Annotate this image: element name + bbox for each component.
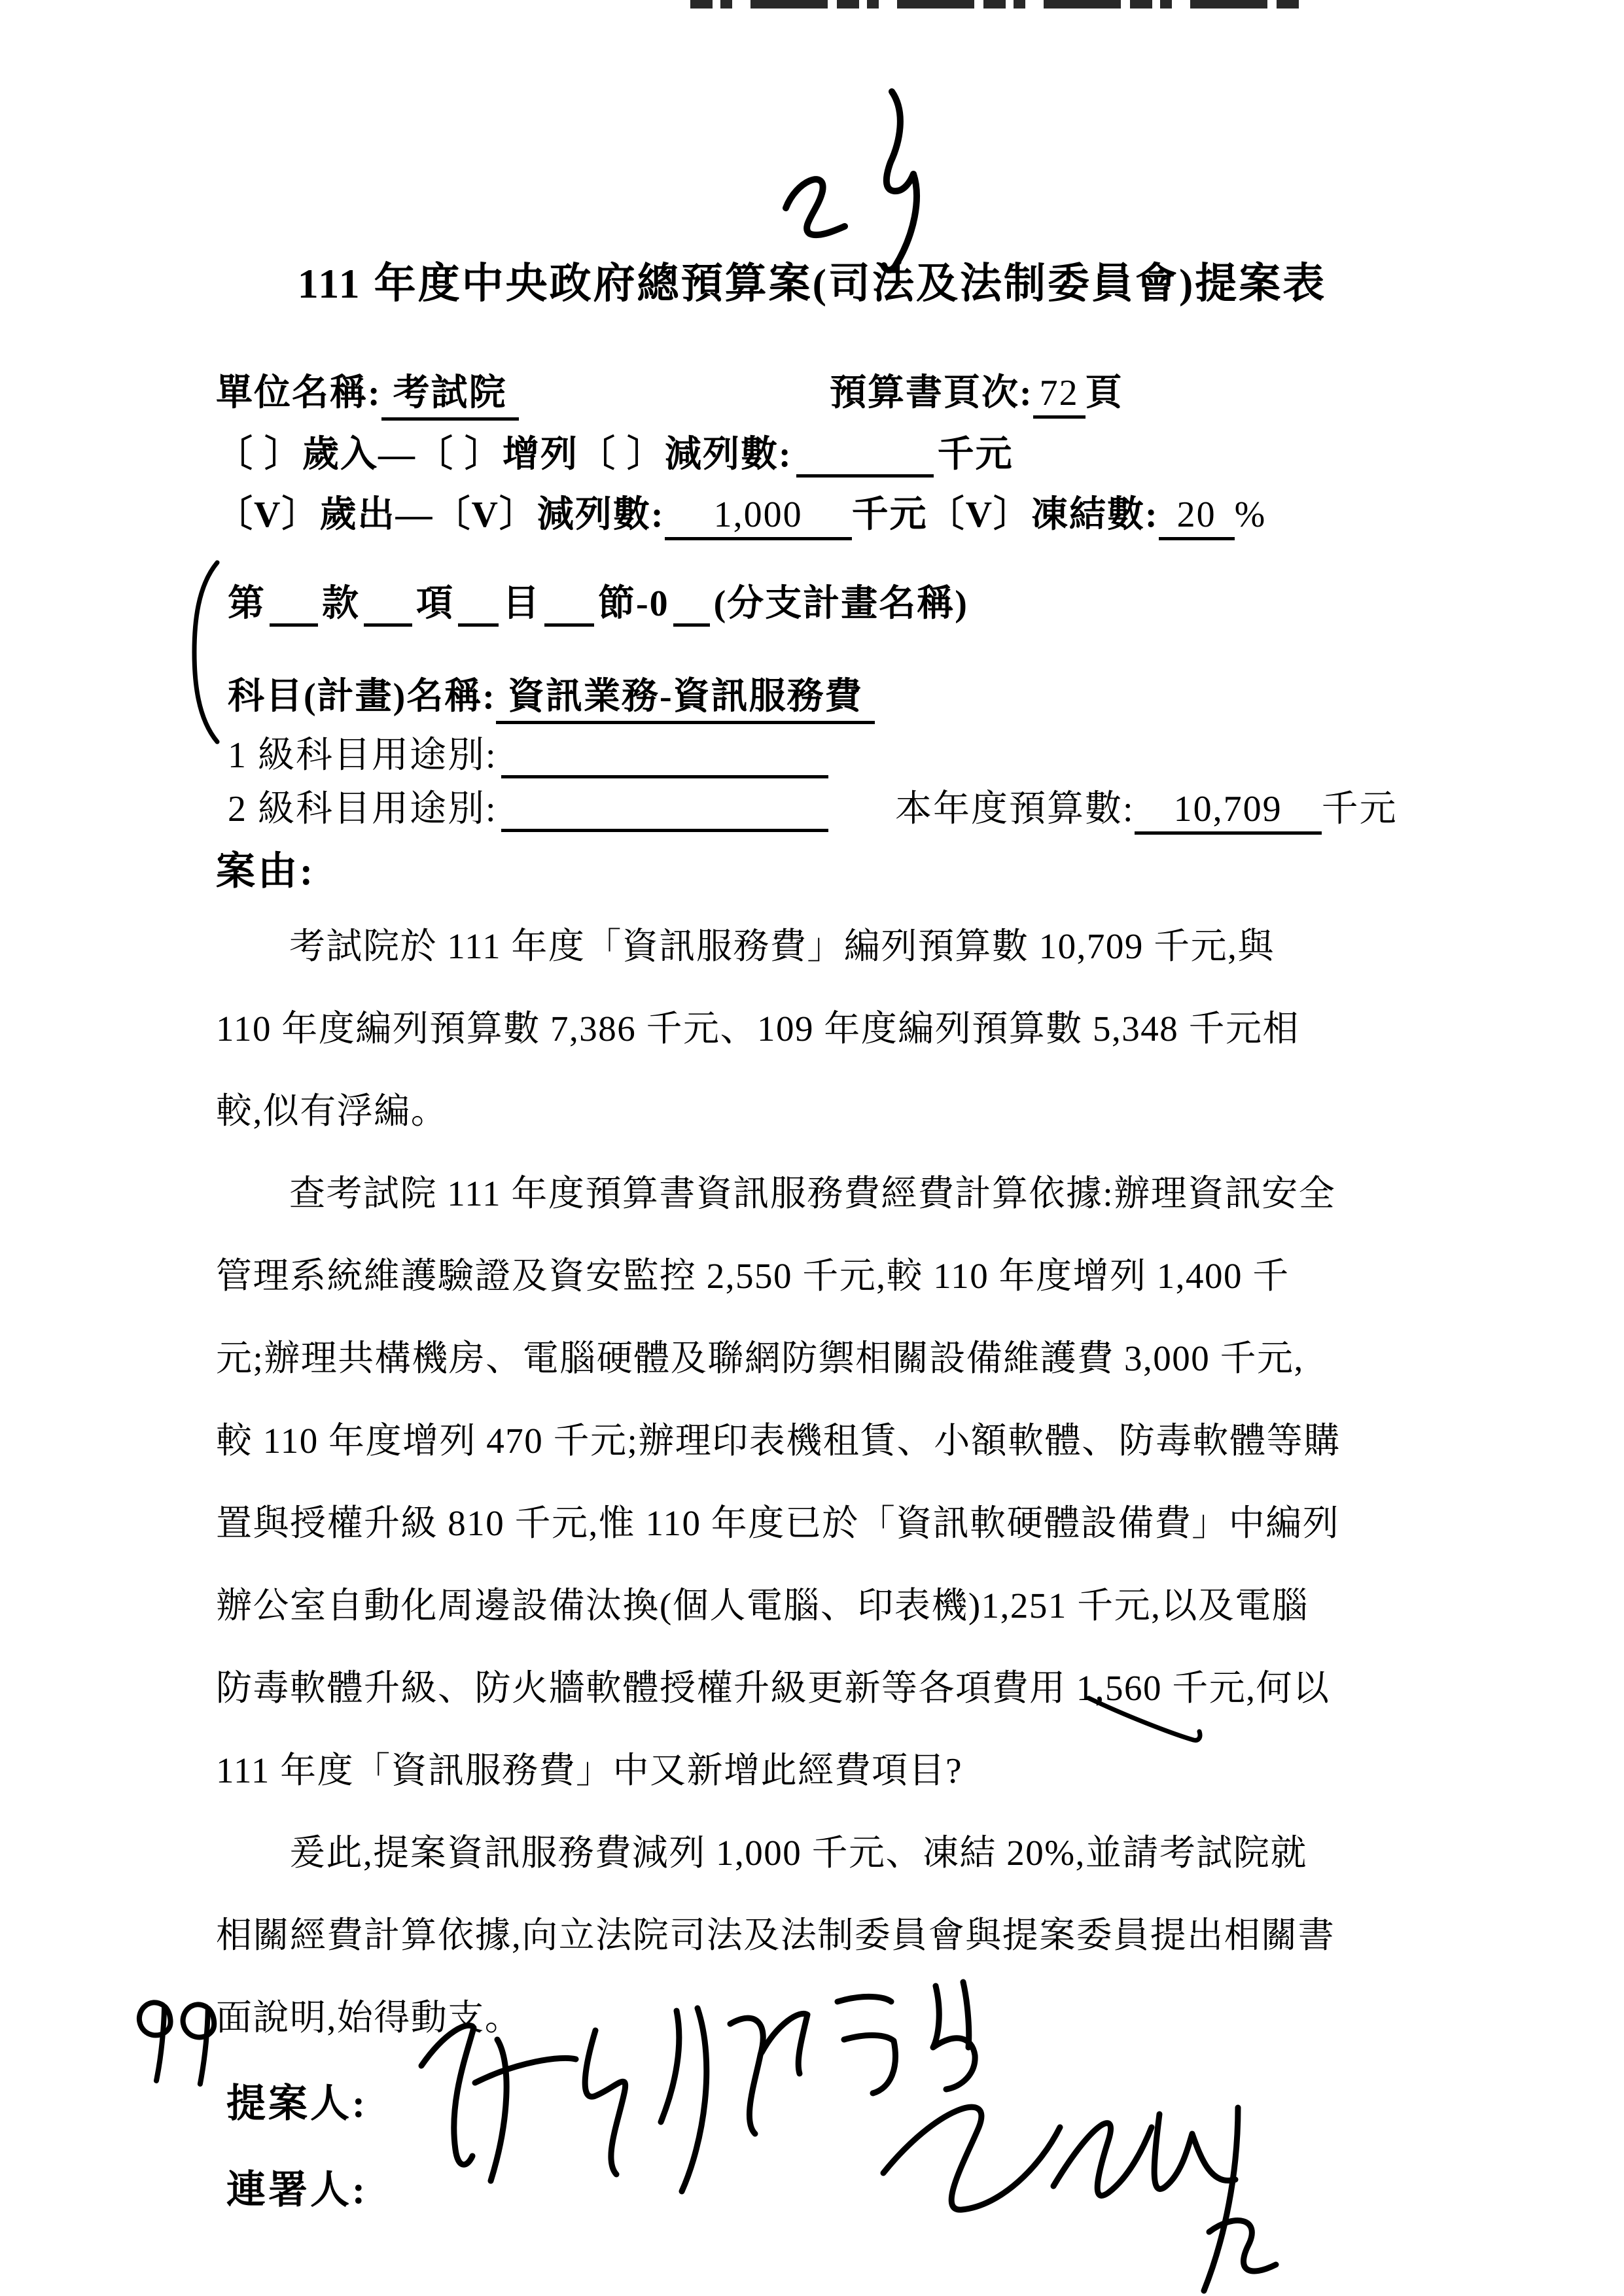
item-part-4: 目 (503, 583, 540, 624)
freeze-percent-sign: % (1235, 495, 1267, 535)
level1-blank (501, 739, 828, 778)
budget-page-suffix: 頁 (1086, 373, 1123, 413)
revenue-row: 〔 〕歲入—〔 〕增列〔 〕減列數:千元 (216, 425, 1014, 478)
annual-budget-label: 本年度預算數: (895, 789, 1135, 829)
item-part-2: 款 (322, 583, 360, 624)
budget-page-label: 預算書頁次: (830, 373, 1033, 413)
body-line: 防毒軟體升級、防火牆軟體授權升級更新等各項費用 1,560 千元,何以 (216, 1659, 1459, 1711)
freeze-label: 凍結數: (1031, 495, 1159, 535)
body-line: 元;辦理共構機房、電腦硬體及聯網防禦相關設備維護費 3,000 千元, (216, 1329, 1459, 1381)
expenditure-amount-value: 1,000 (665, 494, 852, 540)
unit-name-label: 單位名稱: (216, 373, 381, 413)
annual-budget-row: 本年度預算數:10,709千元 (895, 780, 1398, 835)
scanned-document-page: 111 年度中央政府總預算案(司法及法制委員會)提案表 單位名稱:考試院 預算書… (0, 0, 1624, 2296)
expenditure-label-1: 歲出— (319, 495, 433, 535)
subject-row: 科目(計畫)名稱:資訊業務-資訊服務費 (228, 667, 875, 724)
item-blank-5 (673, 587, 710, 627)
body-line: 查考試院 111 年度預算書資訊服務費經費計算依據:辦理資訊安全 (216, 1164, 1532, 1216)
item-blank-1 (270, 587, 318, 627)
item-blank-2 (364, 587, 412, 627)
document-title: 111 年度中央政府總預算案(司法及法制委員會)提案表 (0, 250, 1624, 310)
cosigner-signature (843, 2080, 1294, 2296)
revenue-checkbox-2: 〔 〕 (416, 434, 503, 475)
item-blank-4 (544, 587, 594, 627)
scan-artifact-top (690, 0, 1299, 9)
item-part-1: 第 (228, 583, 266, 624)
level1-row: 1 級科目用途別: (228, 726, 832, 778)
body-line: 爰此,提案資訊服務費減列 1,000 千元、凍結 20%,並請考試院就 (216, 1824, 1532, 1875)
revenue-label-3: 減列數: (665, 434, 792, 475)
left-bracket (186, 557, 224, 747)
body-line: 置與授權升級 810 千元,惟 110 年度已於「資訊軟硬體設備費」中編列 (216, 1494, 1459, 1546)
revenue-label-1: 歲入— (302, 434, 416, 475)
subject-label: 科目(計畫)名稱: (228, 676, 496, 717)
unit-name-value: 考試院 (381, 364, 519, 421)
cosigner-label: 連署人: (226, 2159, 368, 2215)
level2-label: 2 級科目用途別: (228, 789, 497, 829)
item-blank-3 (458, 587, 499, 627)
body-line: 考試院於 111 年度「資訊服務費」編列預算數 10,709 千元,與 (216, 917, 1532, 969)
revenue-checkbox-3: 〔 〕 (578, 434, 665, 475)
revenue-amount-blank (796, 438, 934, 478)
freeze-percent-value: 20 (1159, 494, 1235, 540)
revenue-label-2: 增列 (503, 434, 578, 475)
handwritten-page-number (723, 72, 1011, 275)
body-line: 較,似有浮編。 (216, 1082, 1459, 1134)
expenditure-checkbox-2: 〔V〕 (433, 495, 537, 535)
subject-value: 資訊業務-資訊服務費 (496, 667, 875, 724)
annual-budget-unit: 千元 (1322, 789, 1398, 829)
expenditure-label-2: 減列數: (537, 495, 665, 535)
body-line: 111 年度「資訊服務費」中又新增此經費項目? (216, 1741, 1459, 1793)
body-line: 管理系統維護驗證及資安監控 2,550 千元,較 110 年度增列 1,400 … (216, 1247, 1459, 1298)
expenditure-unit: 千元 (852, 495, 928, 535)
expenditure-row: 〔V〕歲出—〔V〕減列數:1,000千元〔V〕凍結數:20% (216, 485, 1266, 540)
expenditure-checkbox-3: 〔V〕 (928, 495, 1031, 535)
level1-label: 1 級科目用途別: (228, 735, 497, 776)
body-line: 較 110 年度增列 470 千元;辦理印表機租賃、小額軟體、防毒軟體等購 (216, 1412, 1459, 1463)
body-line: 相關經費計算依據,向立法院司法及法制委員會與提案委員提出相關書 (216, 1906, 1459, 1958)
body-line: 辦公室自動化周邊設備汰換(個人電腦、印表機)1,251 千元,以及電腦 (216, 1576, 1459, 1628)
item-section-row: 第款項目節-0(分支計畫名稱) (228, 574, 968, 627)
annual-budget-value: 10,709 (1135, 788, 1322, 835)
case-heading: 案由: (216, 840, 315, 896)
expenditure-checkbox-1: 〔V〕 (216, 495, 319, 535)
item-part-6: (分支計畫名稱) (714, 583, 968, 624)
level2-blank (501, 792, 828, 832)
level2-row: 2 級科目用途別: (228, 780, 832, 832)
handwritten-emphasis-mark (1081, 1693, 1212, 1753)
body-line: 110 年度編列預算數 7,386 千元、109 年度編列預算數 5,348 千… (216, 1000, 1459, 1051)
proposer-signature-1 (399, 1982, 792, 2204)
item-part-3: 項 (416, 583, 454, 624)
budget-page-value: 72 (1033, 372, 1086, 419)
proposer-label: 提案人: (226, 2072, 368, 2129)
budget-page-row: 預算書頁次:72頁 (830, 364, 1123, 419)
revenue-unit: 千元 (938, 434, 1014, 475)
item-part-5: 節-0 (598, 583, 669, 624)
unit-name-row: 單位名稱:考試院 (216, 364, 519, 421)
revenue-checkbox-1: 〔 〕 (216, 434, 302, 475)
